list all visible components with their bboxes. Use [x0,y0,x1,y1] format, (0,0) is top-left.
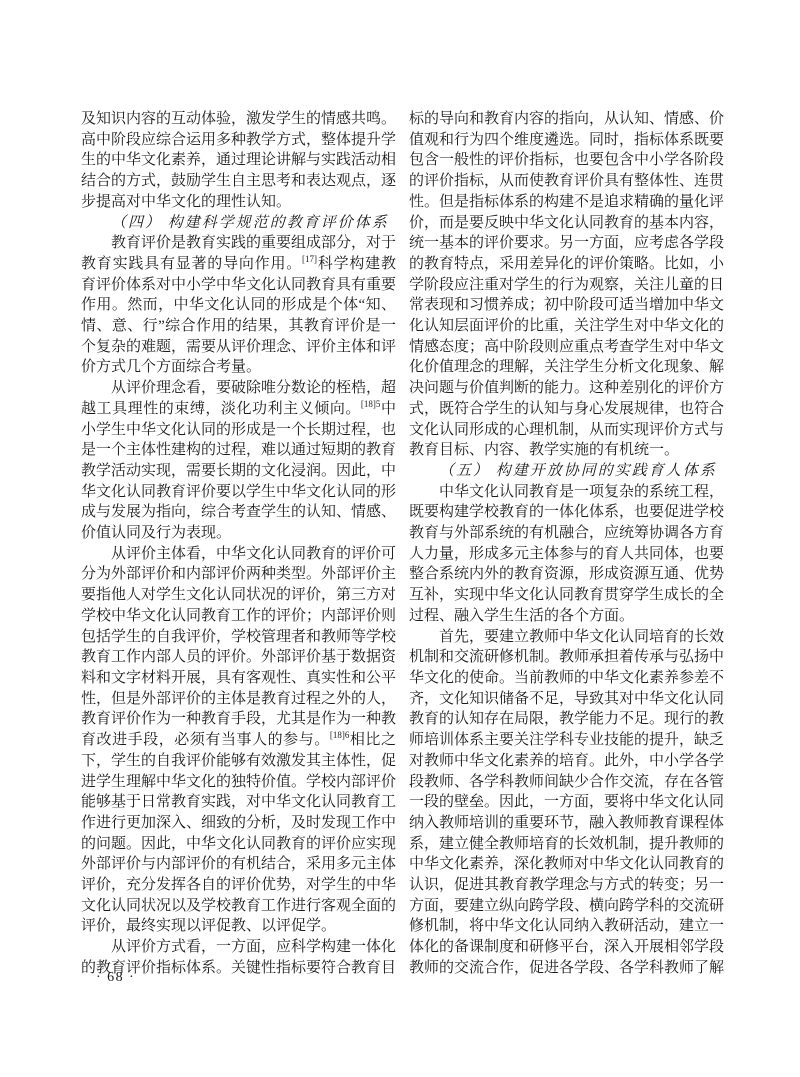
section-heading: （五） 构建开放协同的实践育人体系 [409,461,724,482]
text-columns: 及知识内容的互动体验，激发学生的情感共鸣。高中阶段应综合运用多种教学方式，整体提… [81,109,724,979]
paragraph: 及知识内容的互动体验，激发学生的情感共鸣。高中阶段应综合运用多种教学方式，整体提… [81,109,396,213]
paragraph: 从评价理念看，要破除唯分数论的桎梏，超越工具理性的束缚，淡化功利主义倾向。[18… [81,378,396,544]
citation-ref: [18]6 [330,730,350,740]
page: 及知识内容的互动体验，激发学生的情感共鸣。高中阶段应综合运用多种教学方式，整体提… [0,0,800,1077]
paragraph: 中华文化认同教育是一项复杂的系统工程，既要构建学校教育的一体化体系，也要促进学校… [409,482,724,627]
paragraph: 标的导向和教育内容的指向，从认知、情感、价值观和行为四个维度遴选。同时，指标体系… [409,109,724,461]
paragraph: 从评价主体看，中华文化认同教育的评价可分为外部评价和内部评价两种类型。外部评价主… [81,544,396,937]
paragraph: 教育评价是教育实践的重要组成部分，对于教育实践具有显著的导向作用。[17]科学构… [81,233,396,378]
column-left: 及知识内容的互动体验，激发学生的情感共鸣。高中阶段应综合运用多种教学方式，整体提… [81,109,396,979]
citation-ref: [17] [302,254,317,264]
page-number: · 68 · [96,970,135,986]
citation-ref: [18]5 [361,399,381,409]
paragraph: 首先，要建立教师中华文化认同培育的长效机制和交流研修机制。教师承担着传承与弘扬中… [409,627,724,979]
section-heading: （四） 构建科学规范的教育评价体系 [81,213,396,234]
column-right: 标的导向和教育内容的指向，从认知、情感、价值观和行为四个维度遴选。同时，指标体系… [409,109,724,979]
